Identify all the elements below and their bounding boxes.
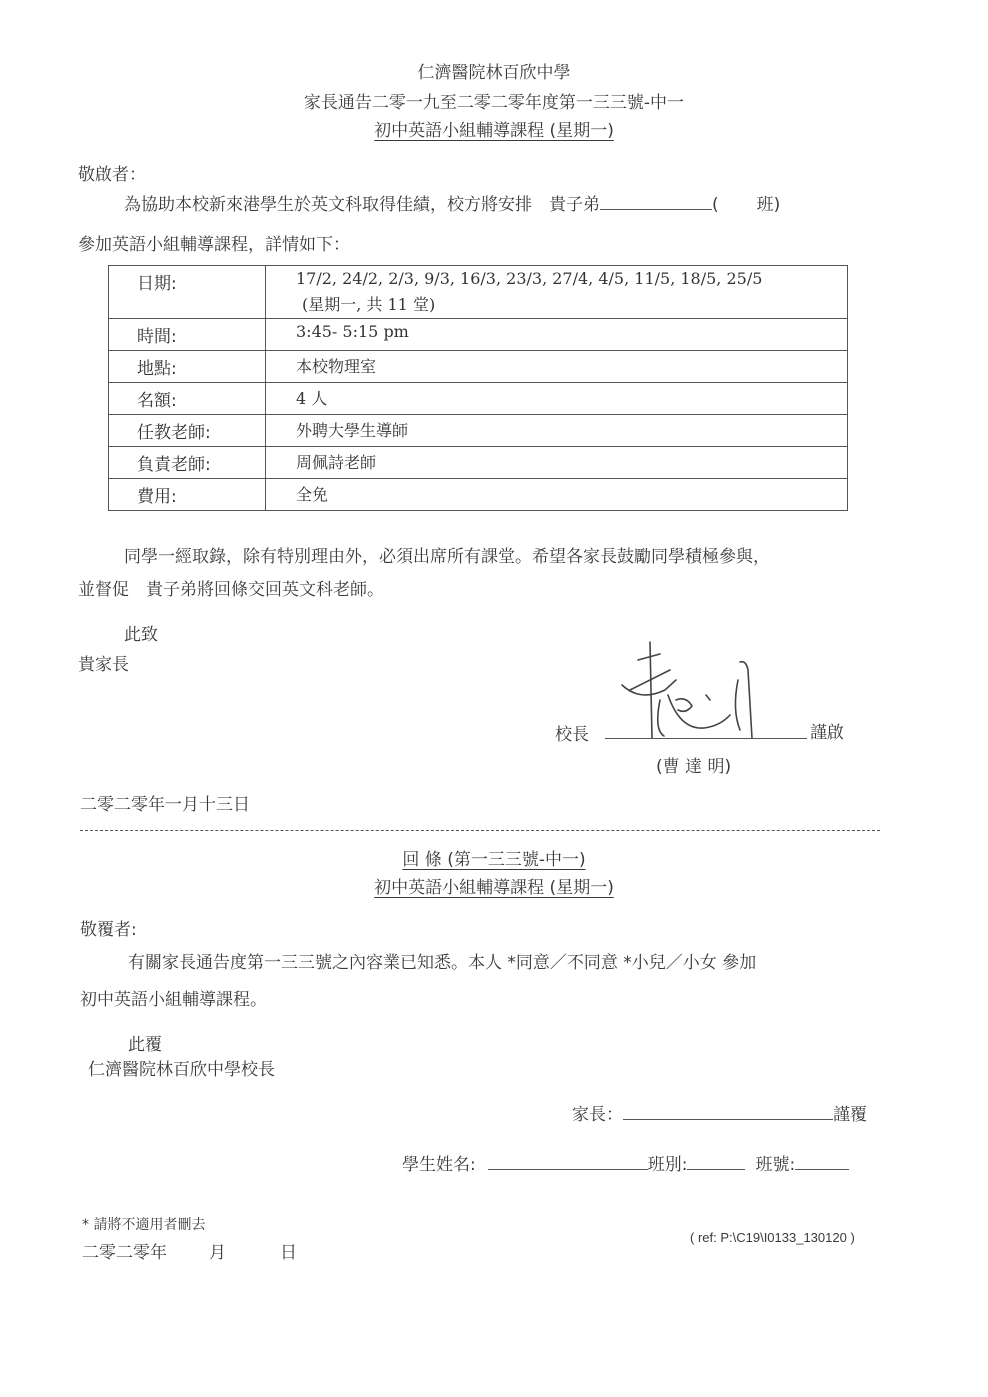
paragraph-2-line-2: 並督促 貴子弟將回條交回英文科老師。 — [78, 575, 384, 600]
parent-label: 家長： — [572, 1105, 623, 1125]
notice-title: 初中英語小組輔導課程 (星期一) — [374, 121, 614, 141]
salutation: 敬啟者： — [78, 160, 146, 185]
row-label: 日期: — [109, 266, 266, 319]
reply-salutation: 敬覆者: — [80, 915, 137, 940]
row-label: 任教老師: — [109, 415, 266, 447]
reply-date-row: 二零二零年月日 — [82, 1238, 297, 1263]
class-field[interactable] — [687, 1168, 745, 1170]
parent-signature-field[interactable] — [623, 1118, 833, 1120]
reply-date-month: 月 — [209, 1243, 226, 1263]
table-row: 地點:本校物理室 — [109, 351, 848, 383]
footnote: * 請將不適用者刪去 — [82, 1214, 205, 1234]
paragraph-1-line-1: 為協助本校新來港學生於英文科取得佳績，校方將安排 貴子弟(班) — [124, 190, 780, 215]
table-row: 日期: 17/2, 24/2, 2/3, 9/3, 16/3, 23/3, 27… — [109, 266, 848, 319]
paren-open: ( — [712, 195, 719, 215]
table-row: 負責老師:周佩詩老師 — [109, 447, 848, 479]
recipient: 貴家長 — [78, 650, 129, 675]
student-name-label: 學生姓名: — [402, 1155, 476, 1175]
table-row: 名額:4 人 — [109, 383, 848, 415]
reference-code: ( ref: P:\C19\I0133_130120 ) — [690, 1230, 855, 1245]
class-label: 班別: — [648, 1155, 688, 1175]
reply-date-year: 二零二零年 — [82, 1243, 167, 1263]
row-value: 本校物理室 — [266, 351, 848, 383]
class-label: 班) — [757, 195, 781, 215]
student-info-row: 學生姓名:班別:班號: — [402, 1150, 849, 1175]
notice-date: 二零二零年一月十三日 — [80, 790, 250, 815]
student-name-blank — [600, 208, 712, 210]
course-details-table: 日期: 17/2, 24/2, 2/3, 9/3, 16/3, 23/3, 27… — [108, 265, 848, 511]
table-row: 時間:3:45- 5:15 pm — [109, 319, 848, 351]
paragraph-2-line-1: 同學一經取錄，除有特別理由外，必須出席所有課堂。希望各家長鼓勵同學積極參與， — [124, 542, 770, 567]
table-row: 任教老師:外聘大學生導師 — [109, 415, 848, 447]
row-value: 周佩詩老師 — [266, 447, 848, 479]
school-name: 仁濟醫院林百欣中學 — [0, 58, 988, 83]
principal-label: 校長 — [555, 720, 589, 745]
row-value: 3:45- 5:15 pm — [266, 319, 848, 351]
row-value: 4 人 — [266, 383, 848, 415]
parent-suffix: 謹覆 — [833, 1105, 867, 1125]
reply-recipient: 仁濟醫院林百欣中學校長 — [88, 1055, 275, 1080]
row-label: 時間: — [109, 319, 266, 351]
row-label: 費用: — [109, 479, 266, 511]
paragraph-1-text: 為協助本校新來港學生於英文科取得佳績，校方將安排 貴子弟 — [124, 195, 600, 215]
row-value: 17/2, 24/2, 2/3, 9/3, 16/3, 23/3, 27/4, … — [266, 266, 848, 319]
reply-closing: 此覆 — [128, 1030, 162, 1055]
principal-signature-icon — [620, 640, 790, 745]
reply-paragraph-line-2: 初中英語小組輔導課程。 — [80, 985, 267, 1010]
row-label: 地點: — [109, 351, 266, 383]
tear-off-line — [80, 830, 880, 831]
row-label: 名額: — [109, 383, 266, 415]
reply-subtitle: 初中英語小組輔導課程 (星期一) — [374, 878, 614, 898]
student-name-field[interactable] — [488, 1168, 648, 1170]
row-value: 外聘大學生導師 — [266, 415, 848, 447]
class-number-label: 班號: — [755, 1155, 795, 1175]
reply-paragraph-line-1: 有關家長通告度第一三三號之內容業已知悉。本人 *同意／不同意 *小兒／小女 參加 — [128, 948, 756, 973]
reply-title: 回 條 (第一三三號-中一) — [402, 850, 585, 870]
parent-signature-row: 家長：謹覆 — [572, 1100, 867, 1125]
signature-line — [605, 738, 807, 739]
class-number-field[interactable] — [795, 1168, 849, 1170]
paragraph-1-line-2: 參加英語小組輔導課程，詳情如下： — [78, 230, 350, 255]
reply-date-day: 日 — [280, 1243, 297, 1263]
closing: 此致 — [124, 620, 158, 645]
principal-suffix: 謹啟 — [810, 718, 844, 743]
row-label: 負責老師: — [109, 447, 266, 479]
notice-number: 家長通告二零一九至二零二零年度第一三三號-中一 — [0, 88, 988, 113]
row-value: 全免 — [266, 479, 848, 511]
table-row: 費用:全免 — [109, 479, 848, 511]
principal-name: (曹 達 明) — [656, 752, 731, 777]
